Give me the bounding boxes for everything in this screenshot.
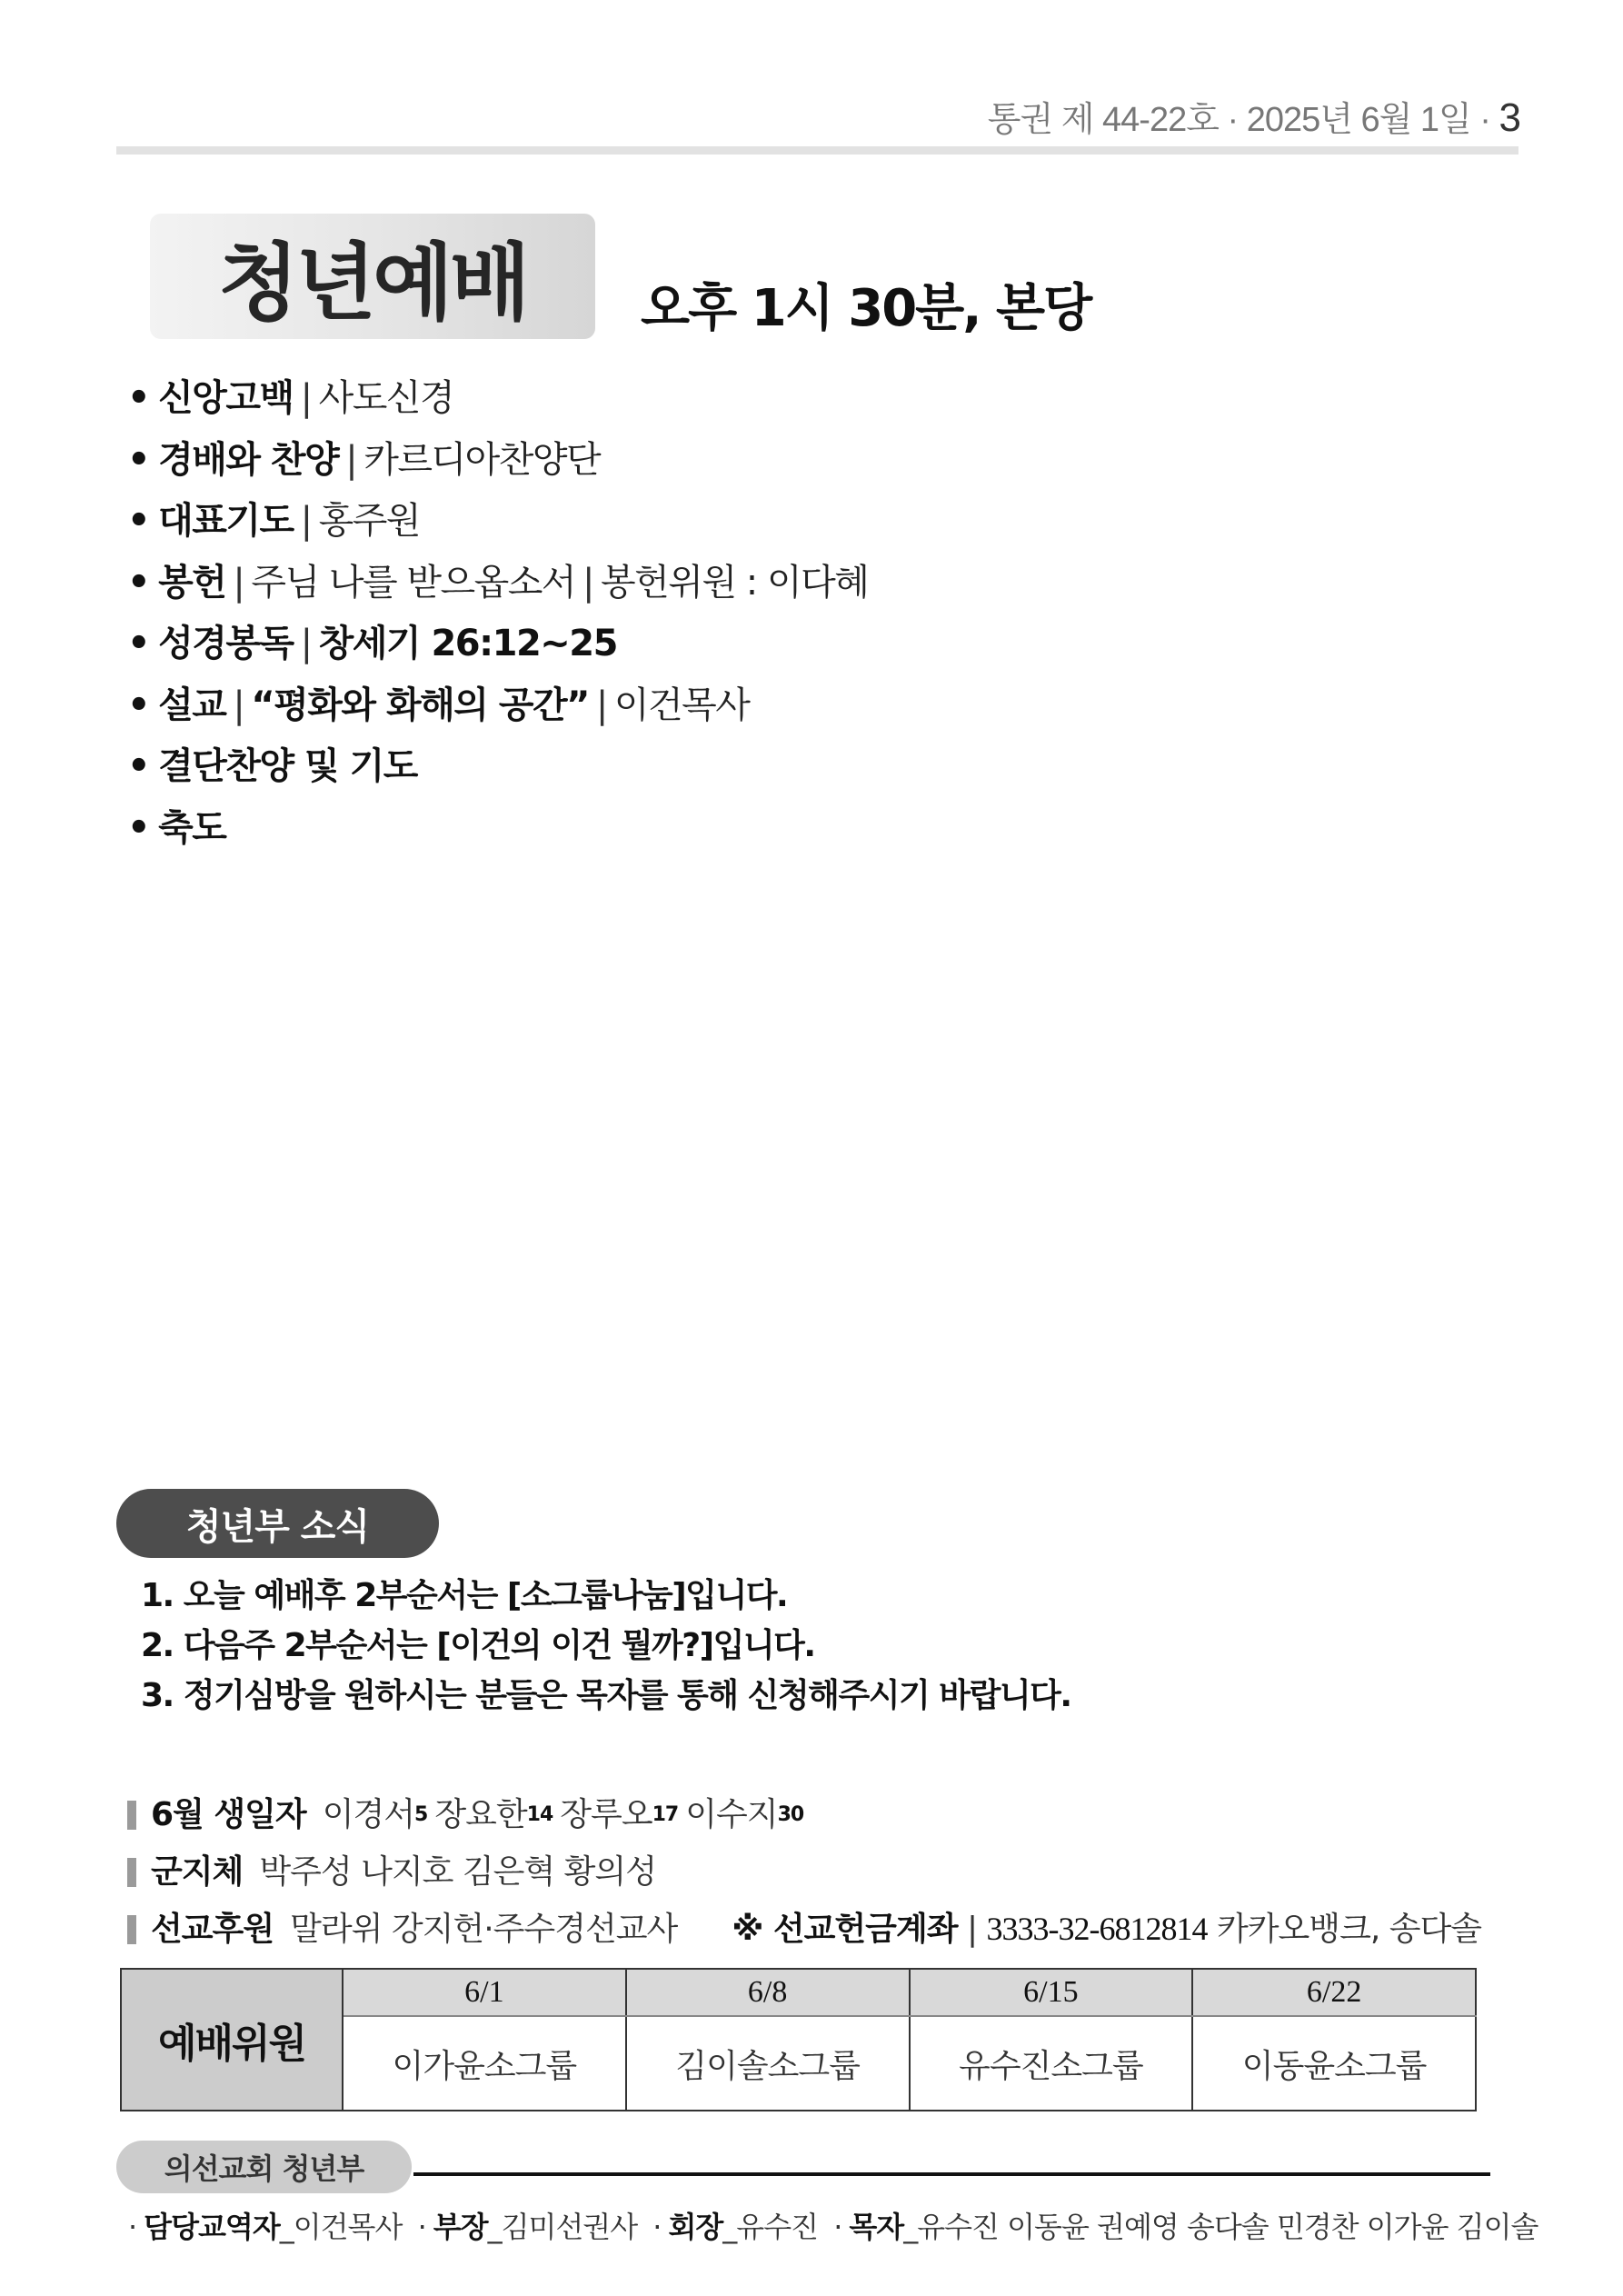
- order-detail: 창세기 26:12~25: [319, 623, 617, 664]
- committee-group: 이동윤소그룹: [1192, 2016, 1476, 2111]
- order-item: •축도: [127, 798, 868, 860]
- separator: |: [301, 500, 312, 542]
- news-section-title: 청년부 소식: [116, 1489, 439, 1558]
- bullet-icon: •: [127, 623, 149, 664]
- dot-separator: ·: [833, 2210, 841, 2244]
- committee-date: 6/1: [343, 1969, 626, 2016]
- birthday-day: 5: [414, 1786, 427, 1843]
- service-title-box: 청년예배: [150, 214, 595, 339]
- order-label: 대표기도: [158, 500, 294, 542]
- dot-separator: ·: [652, 2210, 661, 2244]
- account-number: 3333-32-6812814: [987, 1911, 1208, 1947]
- mission-row: 선교후원 말라위 강지헌·주수경선교사 ※ 선교헌금계좌 | 3333-32-6…: [127, 1901, 1481, 1958]
- footer-org-badge: 의선교회 청년부: [116, 2141, 412, 2193]
- order-item: •설교|“평화와 화해의 공간”|이건목사: [127, 675, 868, 737]
- separator: |: [596, 684, 607, 726]
- info-list: 6월 생일자 이경서5 장요한14 장루오17 이수지30 군지체 박주성 나지…: [127, 1786, 1481, 1958]
- staff-role: 회장: [668, 2210, 722, 2244]
- birthday-name: 이경서: [323, 1786, 414, 1843]
- issue-header: 통권 제 44-22호 · 2025년 6월 1일 · 3: [988, 91, 1520, 141]
- service-time-place: 오후 1시 30분, 본당: [641, 268, 1090, 341]
- separator: |: [301, 623, 312, 664]
- order-of-service: •신앙고백|사도신경 •경배와 찬양|카르디아찬양단 •대표기도|홍주원 •봉헌…: [127, 368, 868, 859]
- account-bank: 카카오뱅크, 송다솔: [1217, 1911, 1481, 1948]
- committee-label: 예배위원: [121, 1969, 343, 2111]
- sermon-title: “평화와 화해의 공간”: [251, 684, 589, 726]
- mission-label: 선교후원: [151, 1901, 274, 1958]
- order-item: •봉헌|주님 나를 받으옵소서|봉헌위원 : 이다혜: [127, 553, 868, 614]
- staff-role: 부장: [433, 2210, 488, 2244]
- separator: |: [233, 684, 244, 726]
- order-detail-2: 봉헌위원 : 이다혜: [601, 562, 868, 604]
- mission-account: ※ 선교헌금계좌 | 3333-32-6812814 카카오뱅크, 송다솔: [732, 1901, 1481, 1958]
- bullet-icon: •: [127, 500, 149, 542]
- bar-marker-icon: [127, 1915, 136, 1944]
- order-detail: 카르디아찬양단: [363, 439, 600, 481]
- staff-names: 유수진 이동윤 권예영 송다솔 민경찬 이가윤 김이솔: [917, 2210, 1538, 2244]
- order-detail: 홍주원: [319, 500, 420, 542]
- separator: |: [233, 562, 244, 604]
- staff-names: 유수진: [736, 2210, 818, 2244]
- news-item: 1. 오늘 예배후 2부순서는 [소그룹나눔]입니다.: [141, 1571, 1071, 1621]
- worship-committee-table: 예배위원 6/1 6/8 6/15 6/22 이가윤소그룹 김이솔소그룹 유수진…: [120, 1968, 1477, 2111]
- bullet-icon: •: [127, 439, 149, 481]
- birthday-name: 장요한: [434, 1786, 526, 1843]
- account-label: ※ 선교헌금계좌: [732, 1911, 957, 1948]
- military-names: 박주성 나지호 김은혁 황의성: [259, 1843, 656, 1901]
- order-detail: 주님 나를 받으옵소서: [251, 562, 575, 604]
- birthday-name: 이수지: [685, 1786, 777, 1843]
- page-number: 3: [1499, 95, 1520, 140]
- header-divider: [116, 146, 1518, 155]
- news-title: 청년부 소식: [186, 1498, 369, 1550]
- order-label: 신앙고백: [158, 377, 294, 419]
- bullet-icon: •: [127, 684, 149, 726]
- order-detail: 사도신경: [319, 377, 454, 419]
- issue-info: 통권 제 44-22호 · 2025년 6월 1일 ·: [988, 101, 1499, 139]
- committee-group: 이가윤소그룹: [343, 2016, 626, 2111]
- order-item: •대표기도|홍주원: [127, 491, 868, 553]
- military-row: 군지체 박주성 나지호 김은혁 황의성: [127, 1843, 1481, 1901]
- order-label: 축도: [158, 807, 225, 849]
- birthday-day: 30: [778, 1786, 804, 1843]
- bullet-icon: •: [127, 377, 149, 419]
- dot-separator: ·: [418, 2210, 426, 2244]
- service-title: 청년예배: [218, 216, 527, 336]
- bullet-icon: •: [127, 807, 149, 849]
- committee-group: 김이솔소그룹: [626, 2016, 910, 2111]
- committee-date: 6/15: [910, 1969, 1193, 2016]
- staff-names: 김미선권사: [502, 2210, 638, 2244]
- staff-role: 담당교역자: [144, 2210, 280, 2244]
- separator: |: [345, 439, 356, 481]
- account-separator: |: [967, 1911, 977, 1948]
- separator: |: [301, 377, 312, 419]
- staff-role: 목자: [849, 2210, 903, 2244]
- bar-marker-icon: [127, 1858, 136, 1887]
- order-item: •신앙고백|사도신경: [127, 368, 868, 430]
- order-label: 성경봉독: [158, 623, 294, 664]
- preacher: 이건목사: [614, 684, 750, 726]
- birthday-name: 장루오: [560, 1786, 652, 1843]
- bullet-icon: •: [127, 562, 149, 604]
- staff-names: 이건목사: [294, 2210, 403, 2244]
- news-item: 2. 다음주 2부순서는 [이건의 이건 뭘까?]입니다.: [141, 1621, 1071, 1671]
- birthday-row: 6월 생일자 이경서5 장요한14 장루오17 이수지30: [127, 1786, 1481, 1843]
- birthday-day: 14: [527, 1786, 553, 1843]
- order-item: •결단찬양 및 기도: [127, 736, 868, 798]
- order-label: 봉헌: [158, 562, 225, 604]
- military-label: 군지체: [151, 1843, 243, 1901]
- dot-separator: ·: [128, 2210, 136, 2244]
- news-list: 1. 오늘 예배후 2부순서는 [소그룹나눔]입니다. 2. 다음주 2부순서는…: [141, 1571, 1071, 1721]
- bullet-icon: •: [127, 745, 149, 787]
- mission-names: 말라위 강지헌·주수경선교사: [290, 1901, 677, 1958]
- order-label: 결단찬양 및 기도: [158, 745, 417, 787]
- order-label: 경배와 찬양: [158, 439, 338, 481]
- order-item: •경배와 찬양|카르디아찬양단: [127, 430, 868, 492]
- footer-org: 의선교회 청년부: [164, 2146, 364, 2188]
- footer-divider: [413, 2172, 1490, 2176]
- committee-date: 6/8: [626, 1969, 910, 2016]
- order-label: 설교: [158, 684, 225, 726]
- bar-marker-icon: [127, 1801, 136, 1830]
- birthday-label: 6월 생일자: [151, 1786, 306, 1843]
- staff-line: ·담당교역자_이건목사 ·부장_김미선권사 ·회장_유수진 ·목자_유수진 이동…: [121, 2204, 1538, 2246]
- birthday-day: 17: [652, 1786, 679, 1843]
- committee-date: 6/22: [1192, 1969, 1476, 2016]
- separator: |: [582, 562, 593, 604]
- order-item: •성경봉독|창세기 26:12~25: [127, 614, 868, 675]
- committee-group: 유수진소그룹: [910, 2016, 1193, 2111]
- news-item: 3. 정기심방을 원하시는 분들은 목자를 통해 신청해주시기 바랍니다.: [141, 1671, 1071, 1721]
